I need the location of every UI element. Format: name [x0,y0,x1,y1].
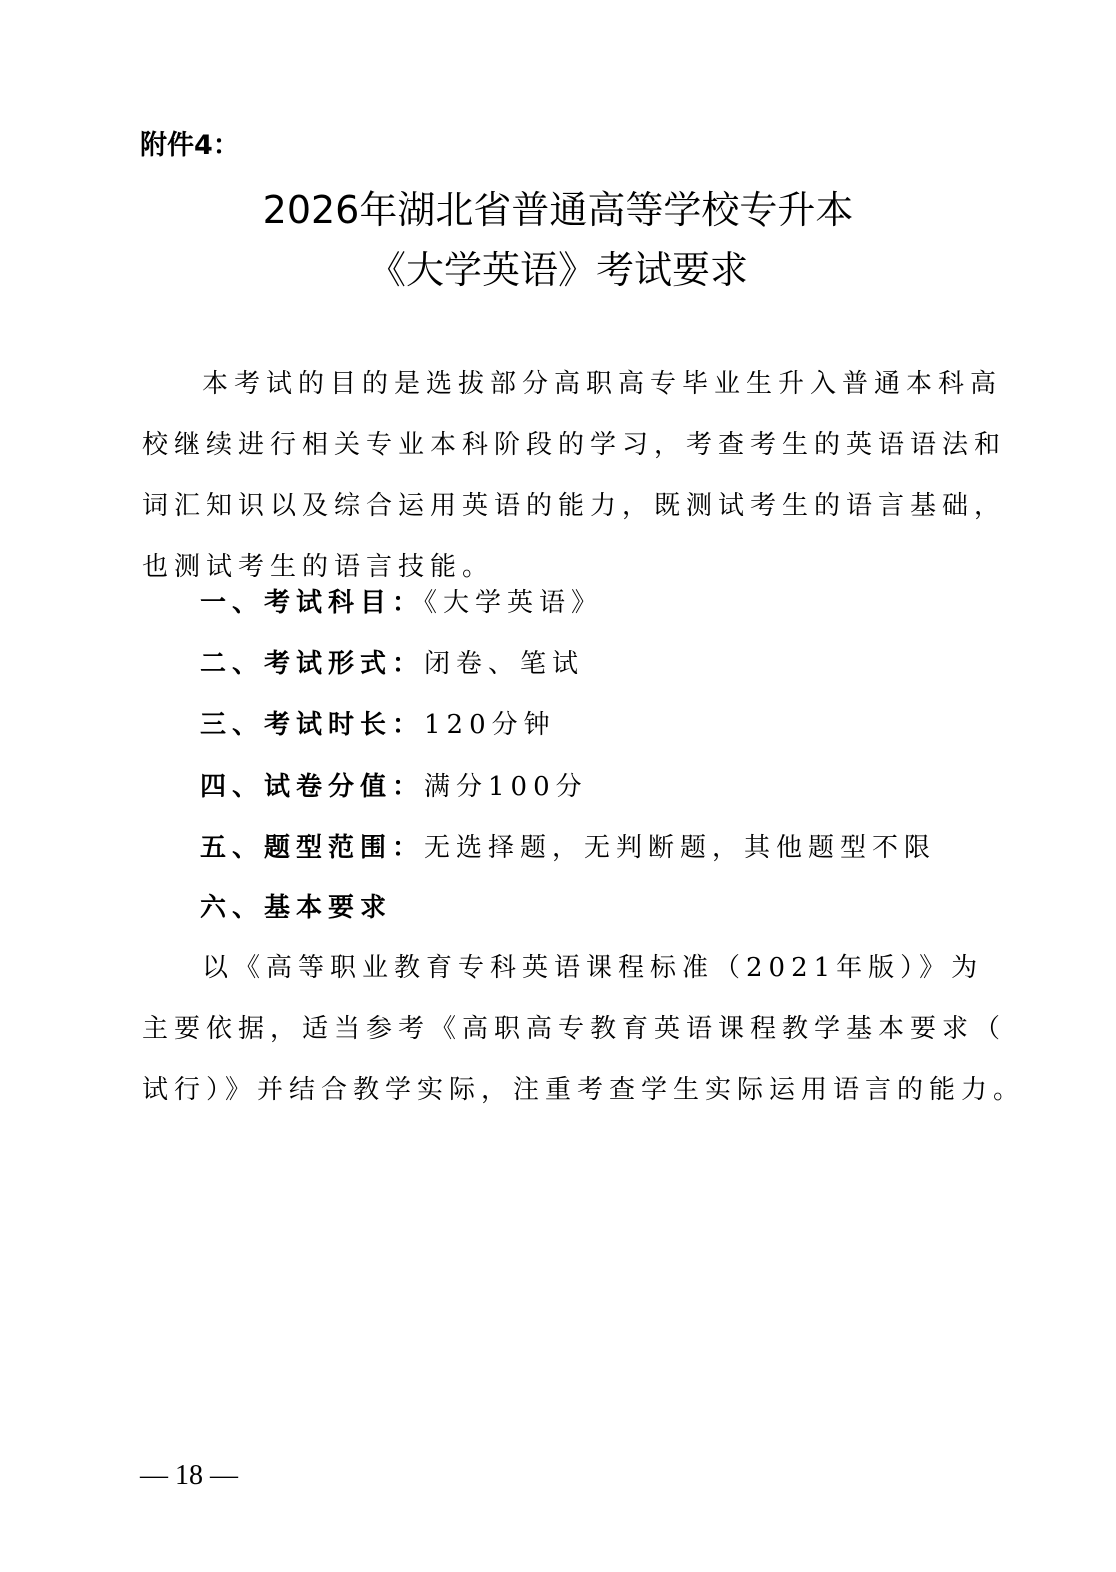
requirement-item-duration: 三、考试时长：120分钟 [200,705,556,745]
item-heading: 六、基本要求 [200,893,392,923]
item-value: 《大学英语》 [424,588,603,618]
item-value: 满分100分 [424,772,588,802]
document-title-line-1: 2026年湖北省普通高等学校专升本 [0,180,1116,240]
requirement-item-basic-requirements: 六、基本要求 [200,888,392,928]
item-heading: 四、试卷分值： [200,772,424,802]
item-value: 120分钟 [424,710,556,740]
item-heading: 一、考试科目： [200,588,424,618]
intro-line: 词汇知识以及综合运用英语的能力，既测试考生的语言基础， [142,476,972,537]
basis-paragraph: 以《高等职业教育专科英语课程标准（2021年版）》为 主要依据，适当参考《高职高… [142,938,972,1121]
document-title-line-2: 《大学英语》考试要求 [0,240,1116,300]
item-heading: 五、题型范围： [200,833,424,863]
page-number: — 18 — [140,1458,238,1494]
intro-line: 本考试的目的是选拔部分高职高专毕业生升入普通本科高 [142,354,972,415]
attachment-label: 附件4： [140,126,240,166]
item-heading: 三、考试时长： [200,710,424,740]
intro-paragraph: 本考试的目的是选拔部分高职高专毕业生升入普通本科高 校继续进行相关专业本科阶段的… [142,354,972,598]
intro-line: 校继续进行相关专业本科阶段的学习，考查考生的英语语法和 [142,415,972,476]
requirement-item-format: 二、考试形式：闭卷、笔试 [200,644,584,684]
basis-line: 主要依据，适当参考《高职高专教育英语课程教学基本要求（ [142,999,972,1060]
requirement-item-score: 四、试卷分值：满分100分 [200,767,588,807]
basis-line: 试行）》并结合教学实际，注重考查学生实际运用语言的能力。 [142,1060,972,1121]
item-heading: 二、考试形式： [200,649,424,679]
requirement-item-subject: 一、考试科目：《大学英语》 [200,583,603,623]
document-page: 附件4： 2026年湖北省普通高等学校专升本 《大学英语》考试要求 本考试的目的… [0,0,1116,1572]
item-value: 闭卷、笔试 [424,649,584,679]
basis-line: 以《高等职业教育专科英语课程标准（2021年版）》为 [142,938,972,999]
requirement-item-question-types: 五、题型范围：无选择题，无判断题，其他题型不限 [200,828,936,868]
item-value: 无选择题，无判断题，其他题型不限 [424,833,936,863]
